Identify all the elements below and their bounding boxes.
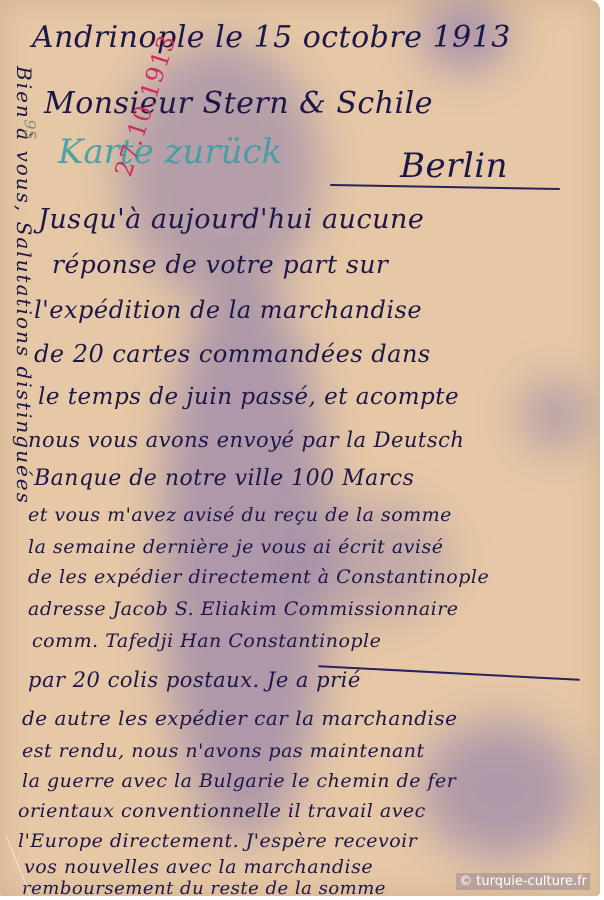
- body-line: et vous m'avez avisé du reçu de la somme: [28, 504, 452, 526]
- body-line: la guerre avec la Bulgarie le chemin de …: [22, 770, 456, 792]
- body-line: réponse de votre part sur: [52, 250, 388, 279]
- body-line: comm. Tafedji Han Constantinople: [32, 630, 381, 652]
- body-line: Jusqu'à aujourd'hui aucune: [38, 204, 424, 235]
- body-line: l'expédition de la marchandise: [34, 296, 422, 324]
- postcard: Bien à vous, Salutations distinguées 95 …: [0, 0, 600, 896]
- body-line: nous vous avons envoyé par la Deutsch: [28, 428, 464, 452]
- body-line: est rendu, nous n'avons pas maintenant: [22, 740, 425, 762]
- body-line: de les expédier directement à Constantin…: [28, 566, 489, 588]
- pencil-mark: 95: [21, 119, 40, 139]
- body-line: orientaux conventionnelle il travail ave…: [18, 800, 426, 822]
- annotation-stamp: Karte zurück: [58, 132, 282, 172]
- body-line: vos nouvelles avec la marchandise: [24, 856, 373, 878]
- body-line: le temps de juin passé, et acompte: [38, 384, 459, 410]
- body-line: Banque de notre ville 100 Marcs: [34, 466, 414, 491]
- body-line: adresse Jacob S. Eliakim Commissionnaire: [28, 598, 459, 620]
- body-line: par 20 colis postaux. Je a prié: [28, 668, 361, 692]
- body-line: de autre les expédier car la marchandise: [22, 706, 458, 730]
- city-line: Berlin: [400, 146, 508, 186]
- body-line: de 20 cartes commandées dans: [34, 340, 431, 368]
- body-line: remboursement du reste de la somme: [22, 878, 386, 896]
- body-line: l'Europe directement. J'espère recevoir: [18, 830, 417, 852]
- copyright-watermark: © turquie-culture.fr: [456, 873, 590, 890]
- body-line: la semaine dernière je vous ai écrit avi…: [28, 536, 443, 558]
- ink-smudge: [520, 380, 590, 450]
- recipient-line: Monsieur Stern & Schile: [44, 86, 433, 121]
- place-date-line: Andrinople le 15 octobre 1913: [32, 20, 511, 55]
